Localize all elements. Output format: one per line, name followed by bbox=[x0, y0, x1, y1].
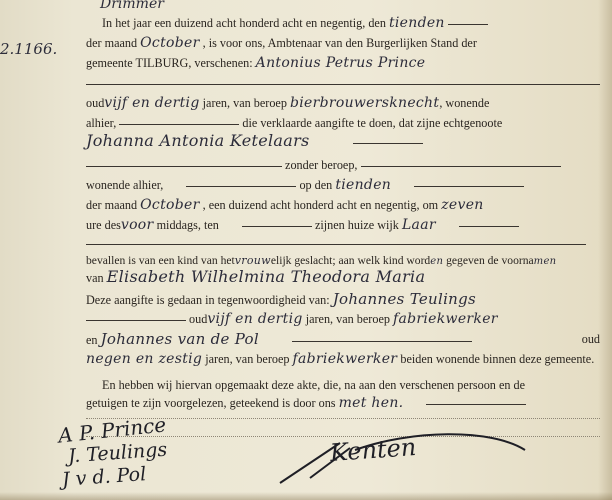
part-of-day: voor bbox=[121, 217, 154, 233]
witness-2: Johannes van de Pol bbox=[101, 330, 259, 348]
top-note: Drimmer bbox=[100, 0, 164, 12]
birth-day: tienden bbox=[335, 177, 391, 193]
child-name: Elisabeth Wilhelmina Theodora Maria bbox=[107, 267, 426, 286]
month: October bbox=[140, 35, 199, 51]
birth-hour: zeven bbox=[441, 197, 483, 213]
mother-name: Johanna Antonia Ketelaars bbox=[86, 131, 310, 150]
witness-2-occupation: fabriekwerker bbox=[293, 351, 398, 367]
record-number: 2.1166. bbox=[0, 40, 57, 58]
declarant: Antonius Petrus Prince bbox=[256, 55, 426, 71]
witness-1-occupation: fabriekwerker bbox=[393, 311, 498, 327]
line-17: En hebben wij hiervan opgemaakt deze akt… bbox=[86, 378, 612, 392]
signature-flourish bbox=[270, 428, 540, 488]
birth-place: Laar bbox=[402, 217, 436, 233]
line-8: wonende alhier, op den tienden bbox=[86, 178, 600, 192]
declarant-age: vijf en dertig bbox=[104, 95, 199, 111]
line-13: Deze aangifte is gedaan in tegenwoordigh… bbox=[86, 292, 600, 307]
line-18: getuigen te zijn voorgelezen, geteekend … bbox=[86, 396, 600, 410]
signature-witness-2: J v d. Pol bbox=[61, 463, 147, 491]
line-5: alhier, die verklaarde aangifte te doen,… bbox=[86, 116, 600, 130]
document-page: Drimmer 2.1166. In het jaar een duizend … bbox=[0, 0, 612, 500]
line-14: oudvijf en dertig jaren, van beroep fabr… bbox=[86, 312, 600, 326]
declarant-occupation: bierbrouwersknecht bbox=[290, 95, 439, 111]
birth-month: October bbox=[140, 197, 199, 213]
line-15: en Johannes van de Pol oud bbox=[86, 332, 600, 347]
witness-2-age: negen en zestig bbox=[86, 351, 202, 367]
rule bbox=[86, 84, 600, 85]
line-2: der maand October , is voor ons, Ambtena… bbox=[86, 36, 600, 50]
day: tienden bbox=[389, 15, 445, 31]
child-sex: vrouw bbox=[235, 254, 271, 267]
witness-1-age: vijf en dertig bbox=[207, 311, 302, 327]
line-16: negen en zestig jaren, van beroep fabrie… bbox=[86, 352, 600, 366]
line-10: ure desvoor middags, ten zijnen huize wi… bbox=[86, 218, 600, 232]
signed-with: met hen. bbox=[339, 395, 404, 411]
line-7: zonder beroep, bbox=[86, 158, 600, 172]
witness-1: Johannes Teulings bbox=[333, 290, 476, 308]
line-9: der maand October , een duizend acht hon… bbox=[86, 198, 600, 212]
rule bbox=[86, 244, 586, 245]
line-3: gemeente TILBURG, verschenen: Antonius P… bbox=[86, 56, 600, 70]
line-6: Johanna Antonia Ketelaars bbox=[86, 134, 600, 149]
line-12: van Elisabeth Wilhelmina Theodora Maria bbox=[86, 270, 600, 285]
line-4: oudvijf en dertig jaren, van beroep bier… bbox=[86, 96, 600, 110]
line-1: In het jaar een duizend acht honderd ach… bbox=[86, 16, 612, 30]
